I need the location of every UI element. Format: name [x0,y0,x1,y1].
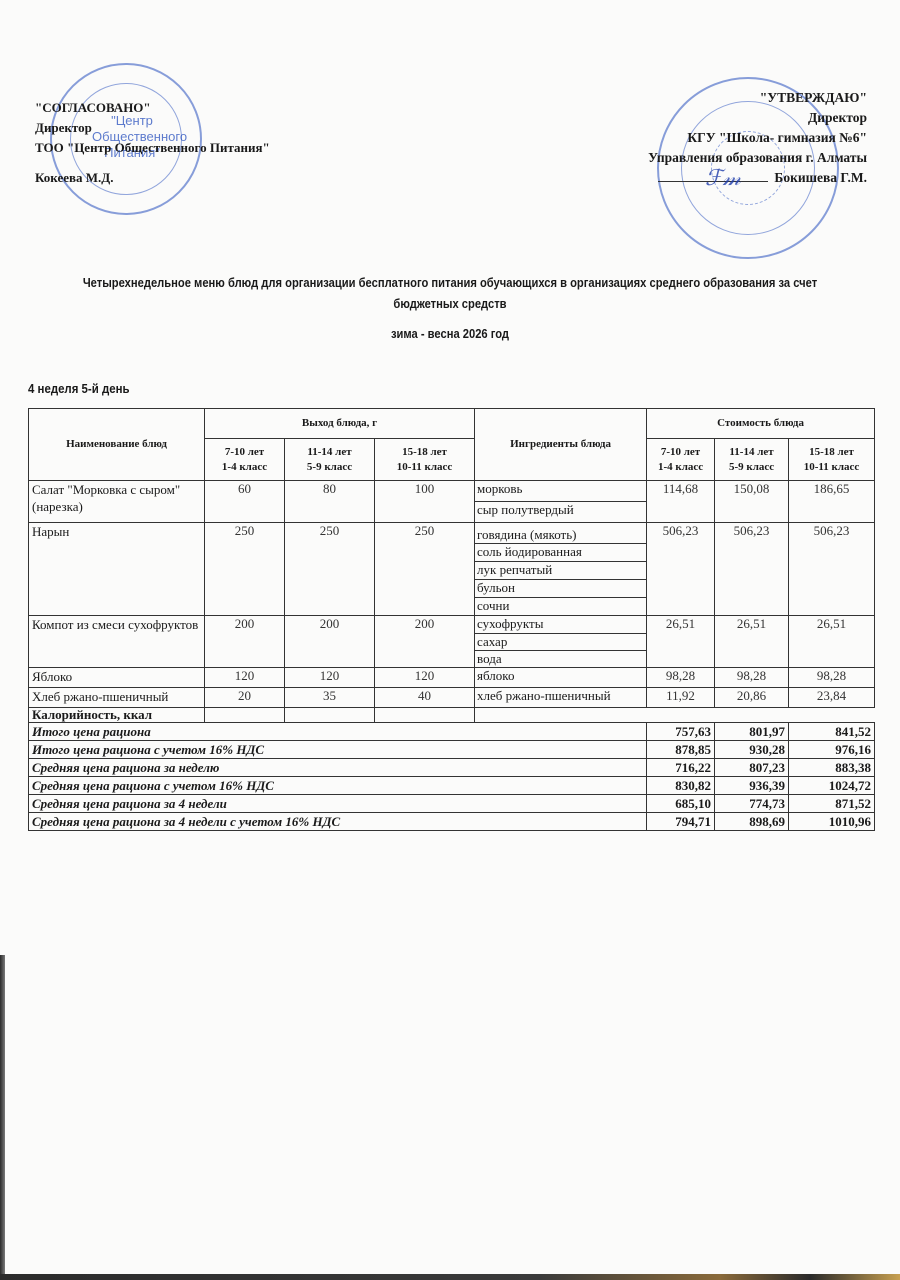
dish-row: Хлеб ржано-пшеничный203540хлеб ржано-пше… [29,688,875,708]
summary-label: Средняя цена рациона за неделю [29,759,647,777]
summary-value: 936,39 [715,777,789,795]
dish-cost: 150,08 [715,481,789,523]
header-yield-age-group: 15-18 лет10-11 класс [375,439,475,481]
calories-label: Калорийность, ккал [29,708,205,723]
summary-value: 794,71 [647,813,715,831]
ingredient: морковь [475,481,647,502]
menu-day-label: 4 неделя 5-й день [28,381,130,396]
header-yield: Выход блюда, г [205,409,475,439]
summary-value: 807,23 [715,759,789,777]
ingredient: лук репчатый [475,562,647,580]
grade-range: 5-9 класс [288,460,371,475]
dish-cost: 98,28 [715,668,789,688]
approved-organization: КГУ "Школа- гимназия №6" [648,128,867,148]
dish-cost: 26,51 [647,616,715,668]
summary-value: 685,10 [647,795,715,813]
dish-row: Салат "Морковка с сыром" (нарезка)608010… [29,481,875,502]
approved-signer-name: Бокишева Г.М. [774,170,867,185]
calories-value [375,708,475,723]
header-cost-age-group: 15-18 лет10-11 класс [789,439,875,481]
summary-row: Итого цена рациона757,63801,97841,52 [29,723,875,741]
summary-value: 898,69 [715,813,789,831]
summary-value: 774,73 [715,795,789,813]
summary-row: Средняя цена рациона за 4 недели с учето… [29,813,875,831]
summary-value: 716,22 [647,759,715,777]
photo-edge-bottom [0,1274,900,1280]
dish-cost: 506,23 [647,523,715,616]
summary-value: 976,16 [789,741,875,759]
document-season: зима - весна 2026 год [80,326,820,341]
summary-label: Итого цена рациона [29,723,647,741]
agreed-organization: ТОО "Центр Общественного Питания" [35,138,270,158]
summary-row: Средняя цена рациона за 4 недели685,1077… [29,795,875,813]
header-yield-age-group: 7-10 лет1-4 класс [205,439,285,481]
grade-range: 1-4 класс [650,460,711,475]
dish-row: Нарын250250250говядина (мякоть)506,23506… [29,523,875,544]
age-range: 11-14 лет [718,445,785,460]
handwritten-signature-icon: ℱ𝓂 [705,166,741,191]
summary-value: 1024,72 [789,777,875,795]
approval-block-approved: "УТВЕРЖДАЮ" Директор КГУ "Школа- гимнази… [648,88,867,188]
summary-row: Средняя цена рациона за неделю716,22807,… [29,759,875,777]
dish-cost: 98,28 [647,668,715,688]
age-range: 11-14 лет [288,445,371,460]
approved-position: Директор [648,108,867,128]
ingredient: хлеб ржано-пшеничный [475,688,647,708]
dish-yield: 200 [285,616,375,668]
header-ingredients: Ингредиенты блюда [475,409,647,481]
dish-yield: 40 [375,688,475,708]
grade-range: 10-11 класс [378,460,471,475]
summary-value: 1010,96 [789,813,875,831]
age-range: 15-18 лет [378,445,471,460]
dish-yield: 250 [205,523,285,616]
summary-value: 830,82 [647,777,715,795]
summary-label: Средняя цена рациона с учетом 16% НДС [29,777,647,795]
ingredient: соль йодированная [475,544,647,562]
dish-yield: 200 [375,616,475,668]
ingredient: яблоко [475,668,647,688]
dish-name: Нарын [29,523,205,616]
dish-cost: 114,68 [647,481,715,523]
summary-value: 883,38 [789,759,875,777]
summary-row: Итого цена рациона с учетом 16% НДС878,8… [29,741,875,759]
summary-label: Итого цена рациона с учетом 16% НДС [29,741,647,759]
header-cost-age-group: 11-14 лет5-9 класс [715,439,789,481]
summary-value: 841,52 [789,723,875,741]
ingredient: сочни [475,598,647,616]
summary-value: 878,85 [647,741,715,759]
calories-value [285,708,375,723]
summary-label: Средняя цена рациона за 4 недели [29,795,647,813]
summary-value: 801,97 [715,723,789,741]
dish-cost: 506,23 [715,523,789,616]
dish-cost: 506,23 [789,523,875,616]
dish-yield: 120 [375,668,475,688]
dish-yield: 200 [205,616,285,668]
dish-row: Яблоко120120120яблоко98,2898,2898,28 [29,668,875,688]
summary-value: 757,63 [647,723,715,741]
photo-edge-shadow [0,955,5,1275]
header-dish-name: Наименование блюд [29,409,205,481]
ingredient: говядина (мякоть) [475,523,647,544]
calories-value [205,708,285,723]
grade-range: 5-9 класс [718,460,785,475]
dish-yield: 250 [375,523,475,616]
ingredient: сахар [475,634,647,651]
dish-name: Салат "Морковка с сыром" (нарезка) [29,481,205,523]
dish-cost: 26,51 [715,616,789,668]
agreed-signer-name: Кокеева М.Д. [35,170,113,185]
dish-cost: 20,86 [715,688,789,708]
header-cost-age-group: 7-10 лет1-4 класс [647,439,715,481]
approval-block-agreed: "СОГЛАСОВАНО" Директор ТОО "Центр Общест… [35,98,270,188]
dish-name: Хлеб ржано-пшеничный [29,688,205,708]
ingredient: вода [475,651,647,668]
dish-yield: 250 [285,523,375,616]
dish-yield: 20 [205,688,285,708]
grade-range: 10-11 класс [792,460,871,475]
agreed-heading: "СОГЛАСОВАНО" [35,98,270,118]
dish-yield: 120 [285,668,375,688]
calories-row: Калорийность, ккал [29,708,875,723]
dish-yield: 100 [375,481,475,523]
dish-yield: 35 [285,688,375,708]
summary-label: Средняя цена рациона за 4 недели с учето… [29,813,647,831]
age-range: 7-10 лет [650,445,711,460]
dish-cost: 11,92 [647,688,715,708]
grade-range: 1-4 класс [208,460,281,475]
approved-department: Управления образования г. Алматы [648,148,867,168]
calories-empty [475,708,875,723]
menu-body: Салат "Морковка с сыром" (нарезка)608010… [29,481,875,831]
summary-row: Средняя цена рациона с учетом 16% НДС830… [29,777,875,795]
dish-cost: 26,51 [789,616,875,668]
ingredient: сыр полутвердый [475,502,647,523]
dish-row: Компот из смеси сухофруктов200200200сухо… [29,616,875,634]
summary-value: 930,28 [715,741,789,759]
menu-table: Наименование блюд Выход блюда, г Ингреди… [28,408,875,831]
age-range: 15-18 лет [792,445,871,460]
dish-cost: 186,65 [789,481,875,523]
header-yield-age-group: 11-14 лет5-9 класс [285,439,375,481]
ingredient: бульон [475,580,647,598]
document-title: Четырехнедельное меню блюд для организац… [80,272,820,314]
dish-name: Компот из смеси сухофруктов [29,616,205,668]
dish-yield: 60 [205,481,285,523]
dish-cost: 98,28 [789,668,875,688]
dish-cost: 23,84 [789,688,875,708]
approved-heading: "УТВЕРЖДАЮ" [648,88,867,108]
dish-yield: 80 [285,481,375,523]
agreed-position: Директор [35,118,270,138]
summary-value: 871,52 [789,795,875,813]
ingredient: сухофрукты [475,616,647,634]
dish-name: Яблоко [29,668,205,688]
header-cost: Стоимость блюда [647,409,875,439]
age-range: 7-10 лет [208,445,281,460]
dish-yield: 120 [205,668,285,688]
